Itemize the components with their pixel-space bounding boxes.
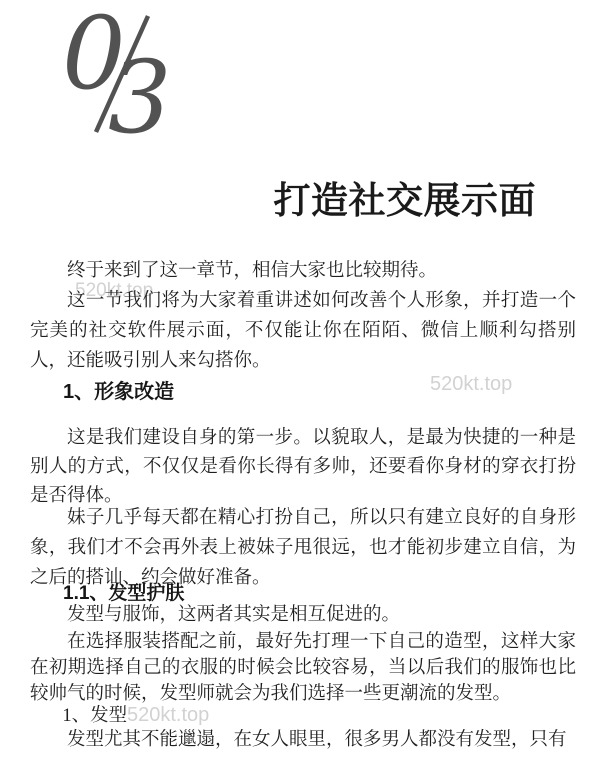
paragraph-intro: 终于来到了这一章节，相信大家也比较期待。 bbox=[30, 256, 576, 286]
paragraph-girls-dressup: 妹子几乎每天都在精心打扮自己，所以只有建立良好的自身形象，我们才不会再外表上被妹… bbox=[30, 503, 576, 593]
paragraph-overview: 这一节我们将为大家着重讲述如何改善个人形象，并打造一个完美的社交软件展示面，不仅… bbox=[30, 286, 576, 376]
paragraph-hair-clothing: 发型与服饰，这两者其实是相互促进的。 bbox=[30, 601, 576, 629]
chapter-number-digit-3: 3 bbox=[108, 39, 172, 143]
paragraph-hairstyle-detail: 发型尤其不能邋遢，在女人眼里，很多男人都没有发型，只有 bbox=[30, 727, 576, 753]
chapter-title: 打造社交展示面 bbox=[274, 170, 537, 224]
book-page: 0 3 打造社交展示面 520kt.top 520kt.top 520kt.to… bbox=[0, 0, 600, 767]
paragraph-styling-before-clothes: 在选择服装搭配之前，最好先打理一下自己的造型，这样大家在初期选择自己的衣服的时候… bbox=[30, 629, 576, 707]
paragraph-first-step: 这是我们建设自身的第一步。以貌取人，是最为快捷的一种是别人的方式，不仅仅是看你长… bbox=[30, 424, 576, 511]
chapter-number-graphic: 0 3 bbox=[50, 5, 180, 143]
watermark-text: 520kt.top bbox=[127, 704, 209, 727]
section-heading-image-makeover: 1、形象改造 bbox=[30, 379, 576, 405]
list-item-hairstyle: 1、发型 bbox=[30, 703, 127, 729]
